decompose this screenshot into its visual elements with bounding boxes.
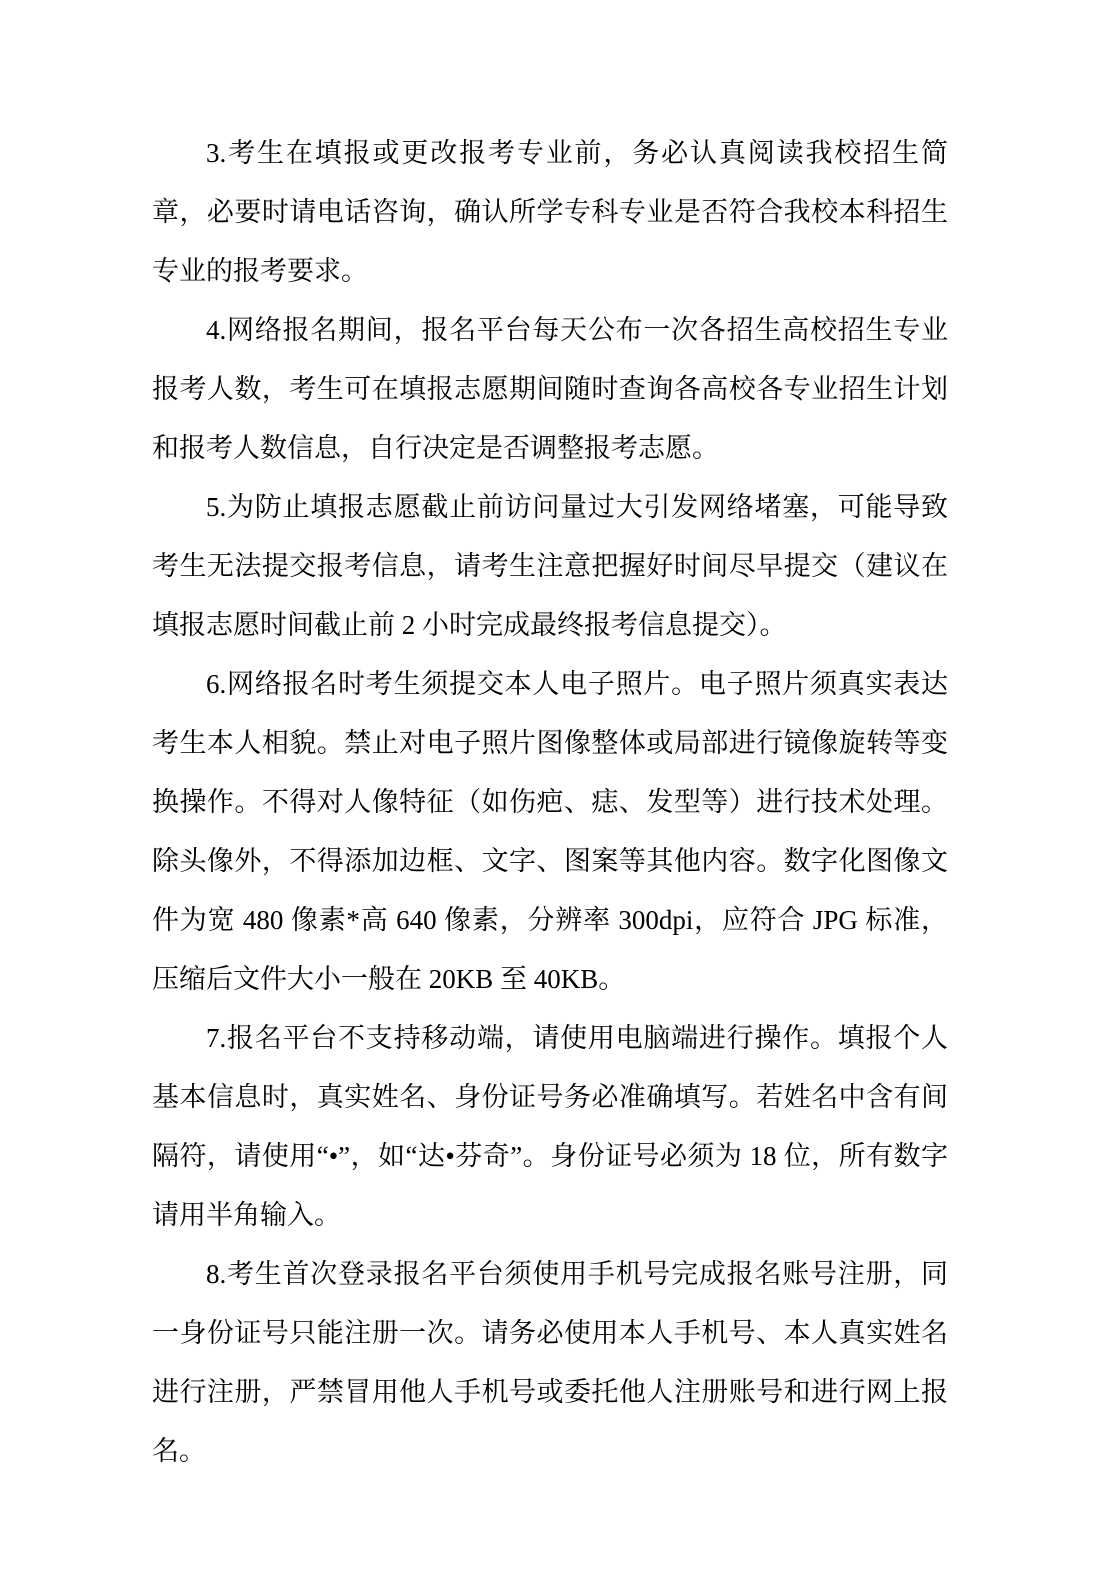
- document-page: 3.考生在填报或更改报考专业前，务必认真阅读我校招生简章，必要时请电话咨询，确认…: [0, 0, 1104, 1572]
- paragraph-item-6: 6.网络报名时考生须提交本人电子照片。电子照片须真实表达考生本人相貌。禁止对电子…: [152, 655, 948, 1009]
- paragraph-item-3: 3.考生在填报或更改报考专业前，务必认真阅读我校招生简章，必要时请电话咨询，确认…: [152, 124, 948, 301]
- paragraph-item-8: 8.考生首次登录报名平台须使用手机号完成报名账号注册，同一身份证号只能注册一次。…: [152, 1245, 948, 1481]
- paragraph-item-7: 7.报名平台不支持移动端，请使用电脑端进行操作。填报个人基本信息时，真实姓名、身…: [152, 1009, 948, 1245]
- paragraph-item-5: 5.为防止填报志愿截止前访问量过大引发网络堵塞，可能导致考生无法提交报考信息，请…: [152, 478, 948, 655]
- paragraph-item-4: 4.网络报名期间，报名平台每天公布一次各招生高校招生专业报考人数，考生可在填报志…: [152, 301, 948, 478]
